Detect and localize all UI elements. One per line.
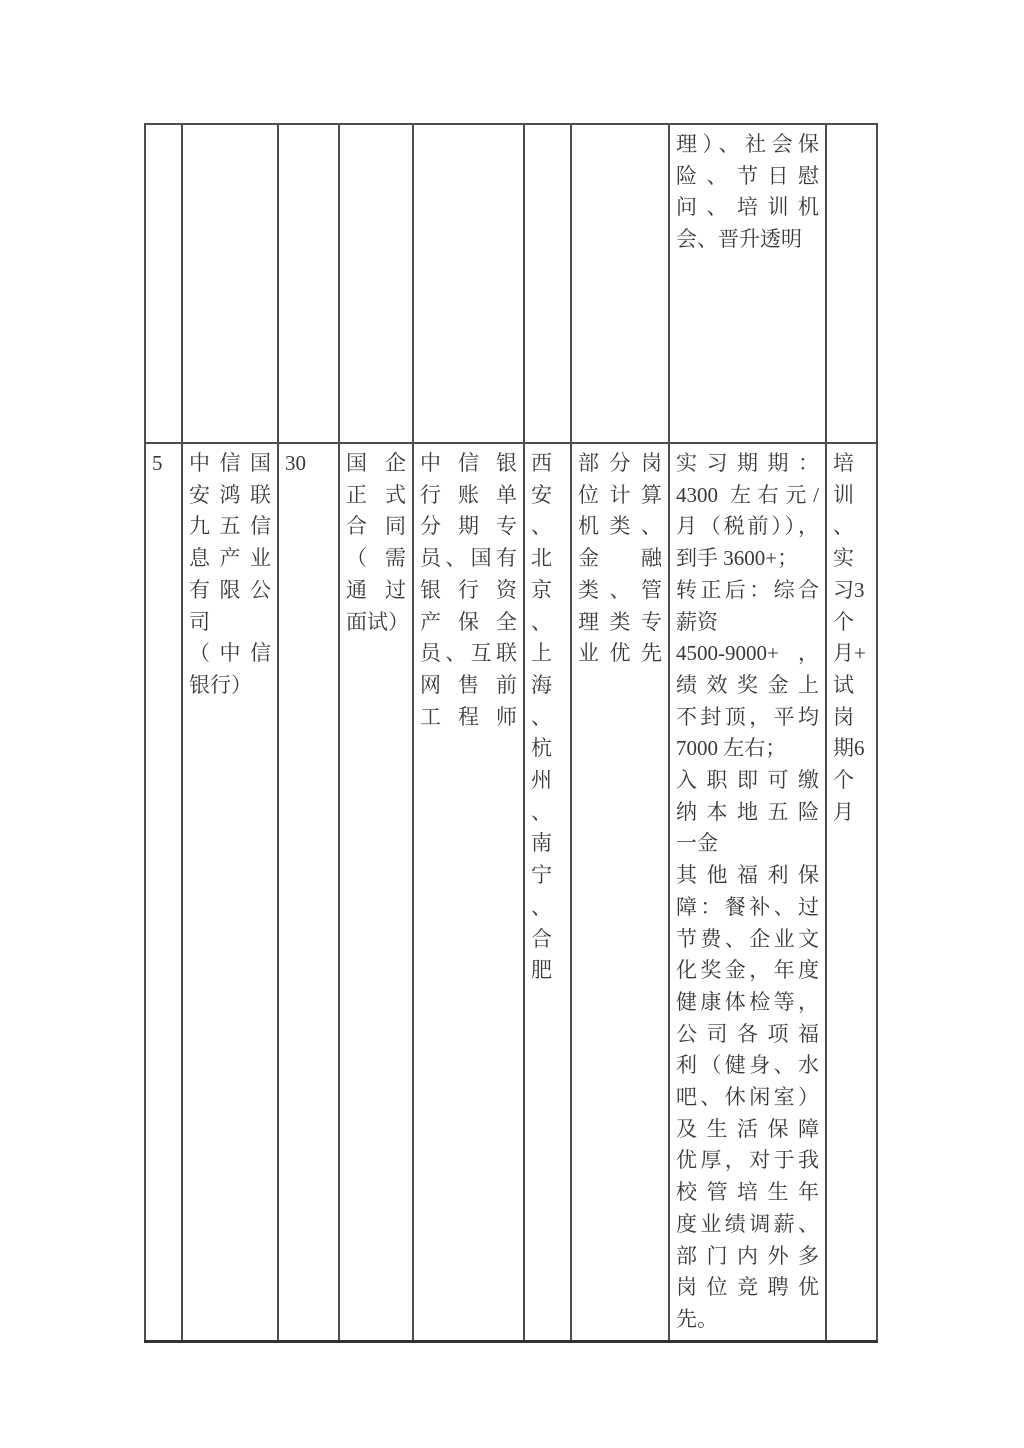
text-line: 部门内外多 bbox=[676, 1241, 819, 1273]
cell-row-continued-company bbox=[182, 124, 278, 443]
text-line: 及生活保障 bbox=[676, 1114, 819, 1146]
text-line: 金融 bbox=[578, 543, 662, 575]
cell-row-5-company: 中信国安鸿联九五信息产业有限公司（中信银行） bbox=[182, 443, 278, 1341]
cell-row-5-headcount: 30 bbox=[278, 443, 339, 1341]
text-line: 4500-9000+， bbox=[676, 638, 819, 670]
text-line: （需 bbox=[346, 543, 406, 575]
text-line: 利（健身、水 bbox=[676, 1050, 819, 1082]
text-line: 部分岗 bbox=[578, 448, 662, 480]
text-line: 银行） bbox=[189, 670, 271, 702]
text-line: 险、节日慰 bbox=[676, 161, 819, 193]
text-line: 4300 左右元/ bbox=[676, 480, 819, 512]
text-line: 息产业 bbox=[189, 543, 271, 575]
cell-row-5-salary: 实习期期：4300 左右元/月（税前）），到手 3600+；转正后：综合薪资45… bbox=[669, 443, 826, 1341]
text-line: 中信国 bbox=[189, 448, 271, 480]
text-line: 会、晋升透明 bbox=[676, 224, 819, 256]
text-line: 岗位竞聘优 bbox=[676, 1272, 819, 1304]
text-line: 面试） bbox=[346, 607, 406, 639]
text-line: 理类专 bbox=[578, 607, 662, 639]
text-line: 行账单 bbox=[420, 480, 517, 512]
cell-row-5-positions: 中信银行账单分期专员、国有银行资产保全员、互联网售前工程师 bbox=[413, 443, 524, 1341]
text-line: 吧、休闲室） bbox=[676, 1082, 819, 1114]
text-line: 国企 bbox=[346, 448, 406, 480]
cell-row-continued-positions bbox=[413, 124, 524, 443]
text-line: 类、管 bbox=[578, 575, 662, 607]
text-line: 网售前 bbox=[420, 670, 517, 702]
text-line: 有限公 bbox=[189, 575, 271, 607]
cell-row-continued-majors bbox=[571, 124, 669, 443]
cell-row-continued-contract bbox=[339, 124, 413, 443]
vertical-text: 培训、实习3个月+试岗期6个月 bbox=[833, 448, 870, 828]
vertical-text: 西安、北京、上海、杭州、南宁、合肥 bbox=[531, 448, 564, 987]
document-page: 理）、社会保险、节日慰问、培训机会、晋升透明5中信国安鸿联九五信息产业有限公司（… bbox=[0, 0, 1024, 1448]
table-row-continued: 理）、社会保险、节日慰问、培训机会、晋升透明 bbox=[145, 124, 877, 443]
text-line: 节费、企业文 bbox=[676, 924, 819, 956]
text-line: 安鸿联 bbox=[189, 480, 271, 512]
cell-row-continued-cities bbox=[524, 124, 571, 443]
cell-row-5-cities: 西安、北京、上海、杭州、南宁、合肥 bbox=[524, 443, 571, 1341]
cell-row-continued-headcount bbox=[278, 124, 339, 443]
cell-row-5-seq: 5 bbox=[145, 443, 182, 1341]
cell-row-5-training: 培训、实习3个月+试岗期6个月 bbox=[826, 443, 877, 1341]
text-line: 司 bbox=[189, 607, 271, 639]
text-line: 正式 bbox=[346, 480, 406, 512]
text-line: （中信 bbox=[189, 638, 271, 670]
text-line: 九五信 bbox=[189, 511, 271, 543]
text-line: 健康体检等， bbox=[676, 987, 819, 1019]
text-line: 银行资 bbox=[420, 575, 517, 607]
text-line: 先。 bbox=[676, 1304, 819, 1336]
text-line: 转正后：综合 bbox=[676, 575, 819, 607]
cell-row-continued-seq bbox=[145, 124, 182, 443]
text-line: 7000 左右； bbox=[676, 733, 819, 765]
text-line: 优厚，对于我 bbox=[676, 1145, 819, 1177]
text-line: 合同 bbox=[346, 511, 406, 543]
cell-row-5-majors: 部分岗位计算机类、金融类、管理类专业优先 bbox=[571, 443, 669, 1341]
text-line: 员、互联 bbox=[420, 638, 517, 670]
table-row-5: 5中信国安鸿联九五信息产业有限公司（中信银行）30国企正式合同（需通过面试）中信… bbox=[145, 443, 877, 1341]
text-line: 绩效奖金上 bbox=[676, 670, 819, 702]
recruitment-table: 理）、社会保险、节日慰问、培训机会、晋升透明5中信国安鸿联九五信息产业有限公司（… bbox=[144, 123, 878, 1343]
text-line: 位计算 bbox=[578, 480, 662, 512]
text-line: 其他福利保 bbox=[676, 860, 819, 892]
text-line: 薪资 bbox=[676, 607, 819, 639]
text-line: 月（税前））， bbox=[676, 511, 819, 543]
text-line: 产保全 bbox=[420, 607, 517, 639]
text-line: 不封顶，平均 bbox=[676, 702, 819, 734]
text-line: 业优先 bbox=[578, 638, 662, 670]
text-line: 校管培生年 bbox=[676, 1177, 819, 1209]
text-line: 通过 bbox=[346, 575, 406, 607]
text-line: 公司各项福 bbox=[676, 1019, 819, 1051]
text-line: 到手 3600+； bbox=[676, 543, 819, 575]
text-line: 中信银 bbox=[420, 448, 517, 480]
text-line: 一金 bbox=[676, 828, 819, 860]
text-line: 化奖金，年度 bbox=[676, 955, 819, 987]
text-line: 度业绩调薪、 bbox=[676, 1209, 819, 1241]
text-line: 实习期期： bbox=[676, 448, 819, 480]
text-line: 纳本地五险 bbox=[676, 797, 819, 829]
text-line: 障：餐补、过 bbox=[676, 892, 819, 924]
cell-row-continued-salary: 理）、社会保险、节日慰问、培训机会、晋升透明 bbox=[669, 124, 826, 443]
text-line: 分期专 bbox=[420, 511, 517, 543]
text-line: 机类、 bbox=[578, 511, 662, 543]
cell-row-continued-training bbox=[826, 124, 877, 443]
text-line: 问、培训机 bbox=[676, 192, 819, 224]
text-line: 理）、社会保 bbox=[676, 129, 819, 161]
cell-row-5-contract: 国企正式合同（需通过面试） bbox=[339, 443, 413, 1341]
text-line: 入职即可缴 bbox=[676, 765, 819, 797]
text-line: 员、国有 bbox=[420, 543, 517, 575]
text-line: 工程师 bbox=[420, 702, 517, 734]
